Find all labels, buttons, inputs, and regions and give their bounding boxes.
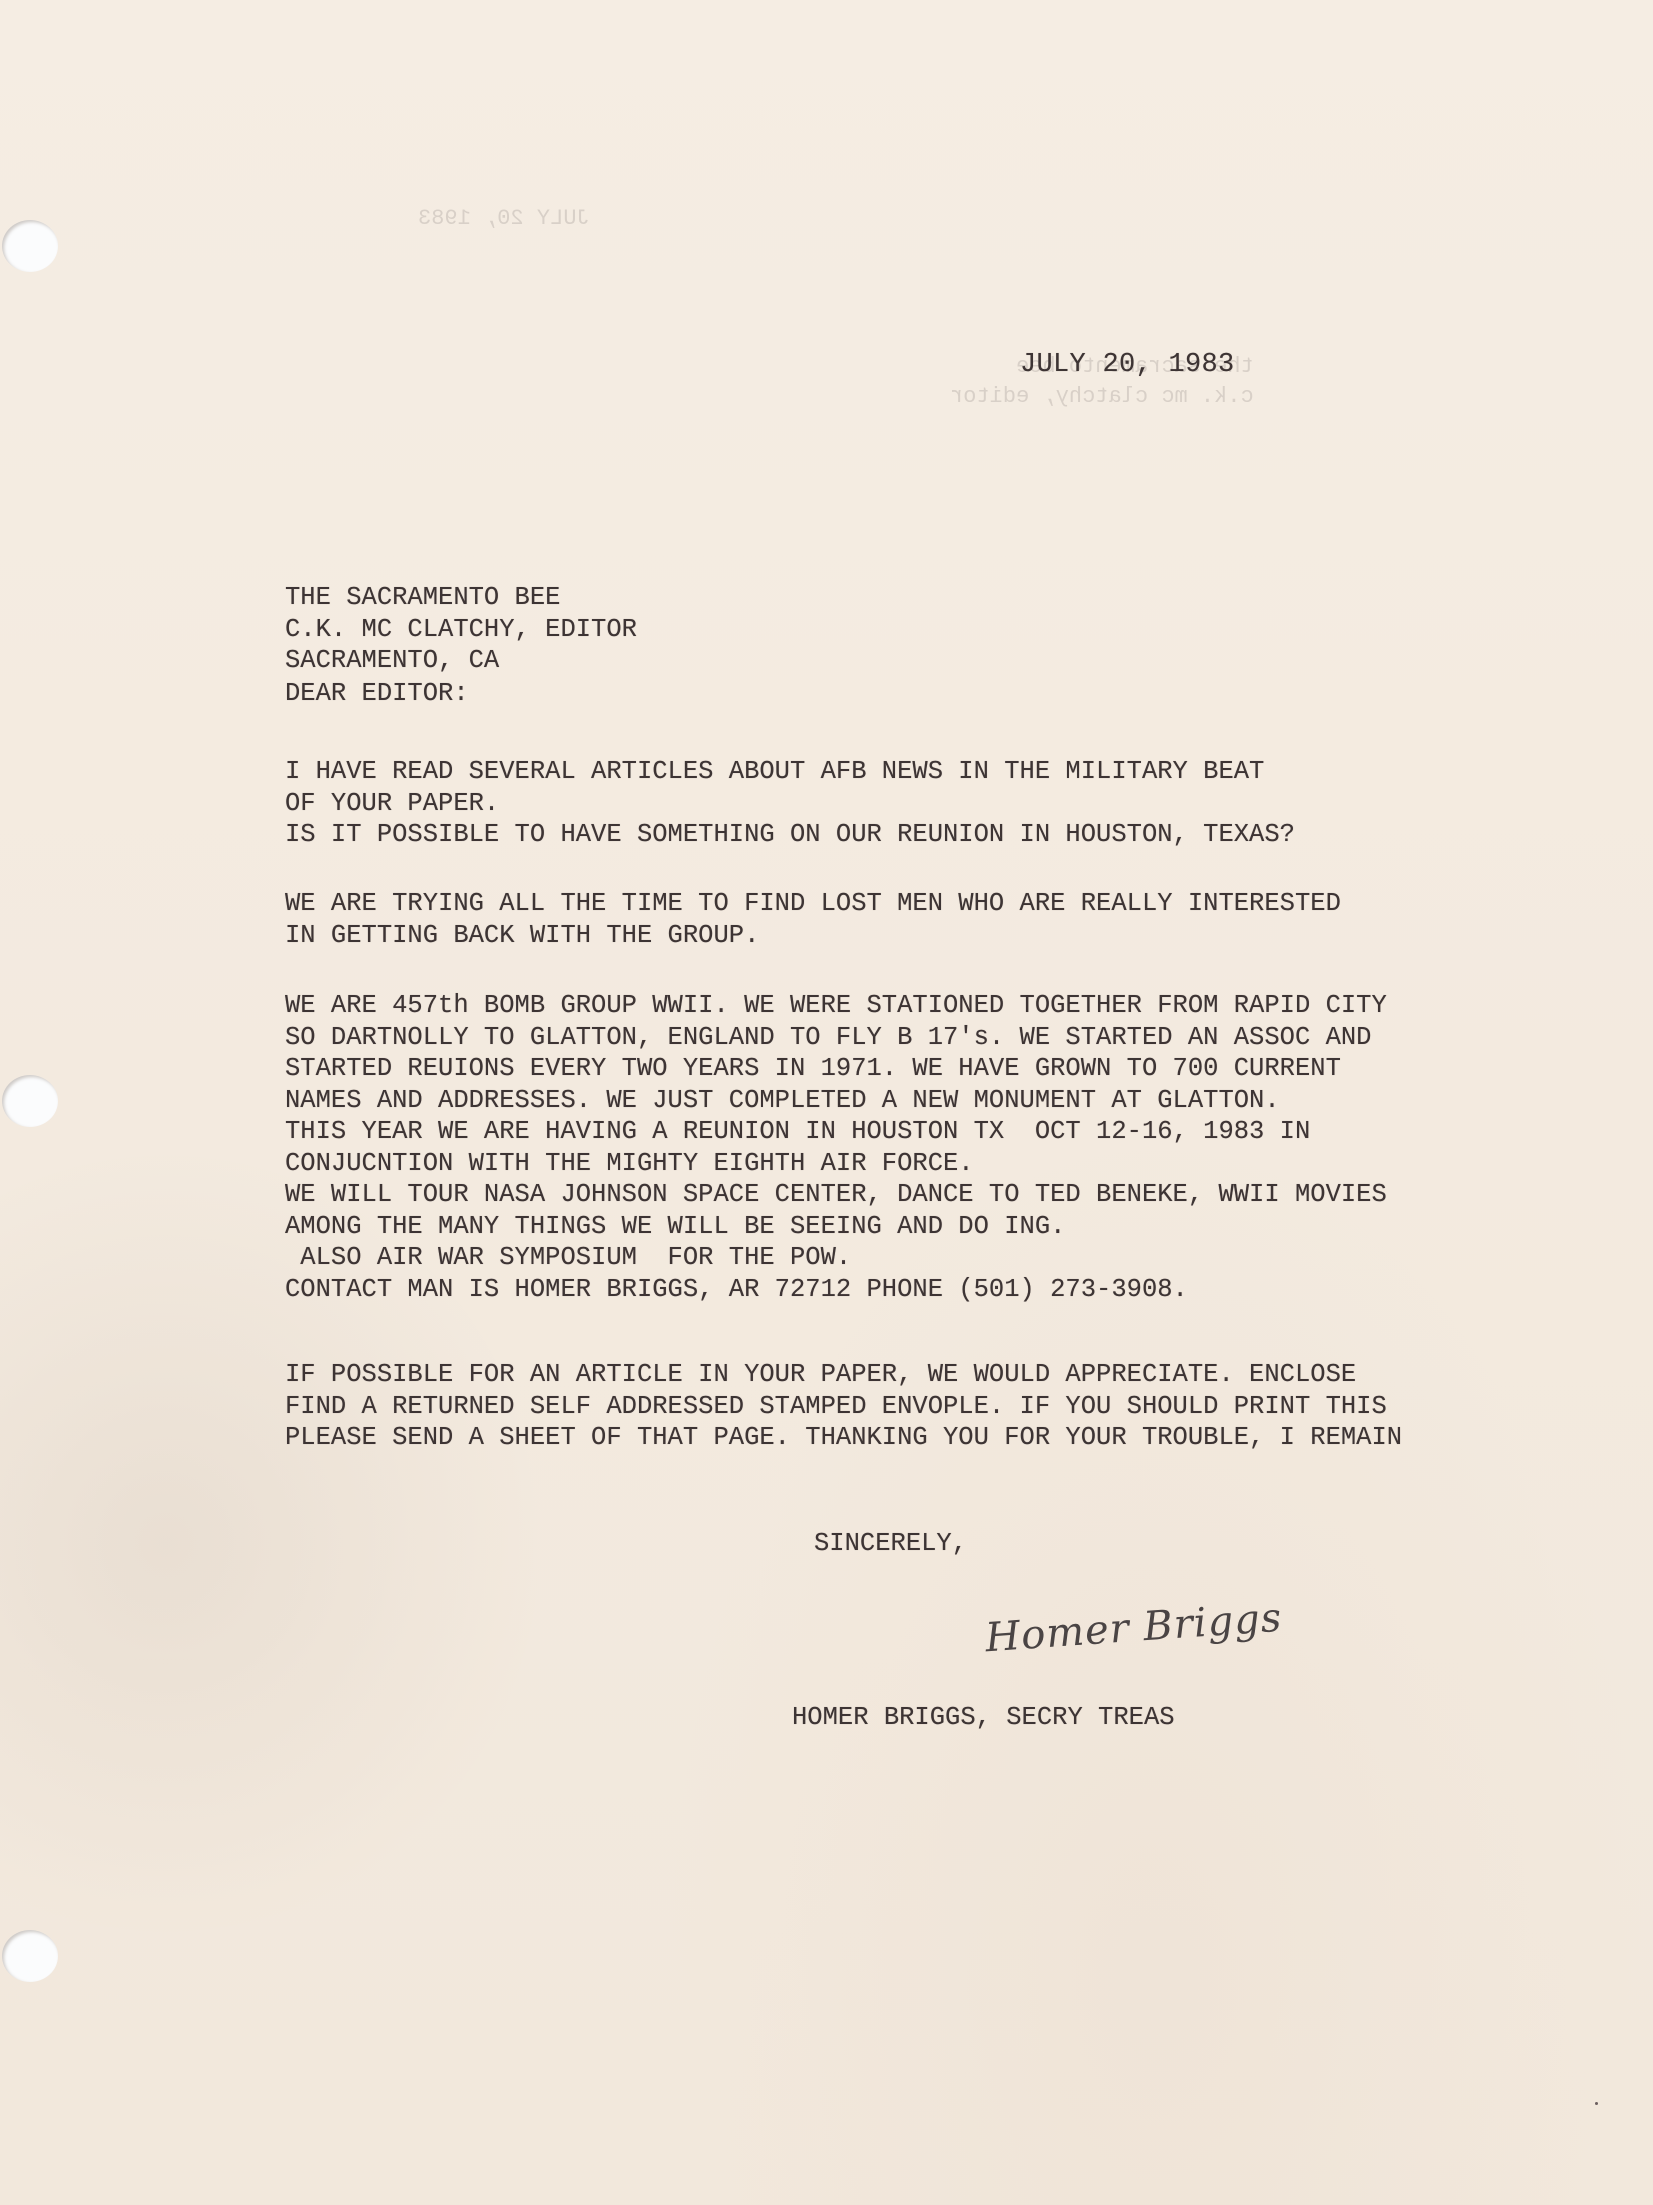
paragraph-line: PLEASE SEND A SHEET OF THAT PAGE. THANKI…	[285, 1422, 1402, 1454]
addressee-line: THE SACRAMENTO BEE	[285, 582, 637, 614]
paragraph-line: CONJUCNTION WITH THE MIGHTY EIGHTH AIR F…	[285, 1148, 1387, 1180]
paragraph-line: WE ARE TRYING ALL THE TIME TO FIND LOST …	[285, 888, 1341, 920]
paragraph-line: OF YOUR PAPER.	[285, 788, 1295, 820]
paragraph-line: NAMES AND ADDRESSES. WE JUST COMPLETED A…	[285, 1085, 1387, 1117]
punch-hole	[2, 220, 58, 272]
closing: SINCERELY,	[814, 1528, 967, 1560]
paragraph-line: WE WILL TOUR NASA JOHNSON SPACE CENTER, …	[285, 1179, 1387, 1211]
paragraph-line: CONTACT MAN IS HOMER BRIGGS, AR 72712 PH…	[285, 1274, 1387, 1306]
paragraph-line: SO DARTNOLLY TO GLATTON, ENGLAND TO FLY …	[285, 1022, 1387, 1054]
paragraph-line: IS IT POSSIBLE TO HAVE SOMETHING ON OUR …	[285, 819, 1295, 851]
addressee-block: THE SACRAMENTO BEE C.K. MC CLATCHY, EDIT…	[285, 582, 637, 677]
paragraph-line: I HAVE READ SEVERAL ARTICLES ABOUT AFB N…	[285, 756, 1295, 788]
paragraph-4: IF POSSIBLE FOR AN ARTICLE IN YOUR PAPER…	[285, 1359, 1402, 1454]
paragraph-3: WE ARE 457th BOMB GROUP WWII. WE WERE ST…	[285, 990, 1387, 1305]
paragraph-2: WE ARE TRYING ALL THE TIME TO FIND LOST …	[285, 888, 1341, 951]
punch-hole	[2, 1075, 58, 1127]
paragraph-line: WE ARE 457th BOMB GROUP WWII. WE WERE ST…	[285, 990, 1387, 1022]
paragraph-line: ALSO AIR WAR SYMPOSIUM FOR THE POW.	[285, 1242, 1387, 1274]
paragraph-line: IF POSSIBLE FOR AN ARTICLE IN YOUR PAPER…	[285, 1359, 1402, 1391]
bleed-through-date: JULY 20, 1983	[418, 206, 590, 231]
addressee-line: C.K. MC CLATCHY, EDITOR	[285, 614, 637, 646]
paragraph-line: FIND A RETURNED SELF ADDRESSED STAMPED E…	[285, 1391, 1402, 1423]
paragraph-line: IN GETTING BACK WITH THE GROUP.	[285, 920, 1341, 952]
addressee-line: SACRAMENTO, CA	[285, 645, 637, 677]
salutation: DEAR EDITOR:	[285, 678, 469, 710]
paragraph-1: I HAVE READ SEVERAL ARTICLES ABOUT AFB N…	[285, 756, 1295, 851]
salutation-text: DEAR EDITOR:	[285, 678, 469, 710]
bleed-through-line: c.k. mc clatchy, editor	[950, 384, 1254, 409]
signer-name-title: HOMER BRIGGS, SECRY TREAS	[792, 1702, 1175, 1734]
paragraph-line: AMONG THE MANY THINGS WE WILL BE SEEING …	[285, 1211, 1387, 1243]
letter-date: JULY 20, 1983	[1020, 350, 1235, 380]
closing-text: SINCERELY,	[814, 1528, 967, 1560]
signer-block: HOMER BRIGGS, SECRY TREAS	[792, 1702, 1175, 1734]
paragraph-line: THIS YEAR WE ARE HAVING A REUNION IN HOU…	[285, 1116, 1387, 1148]
paragraph-line: STARTED REUIONS EVERY TWO YEARS IN 1971.…	[285, 1053, 1387, 1085]
paper-speck	[1595, 2102, 1598, 2105]
punch-hole	[2, 1930, 58, 1982]
